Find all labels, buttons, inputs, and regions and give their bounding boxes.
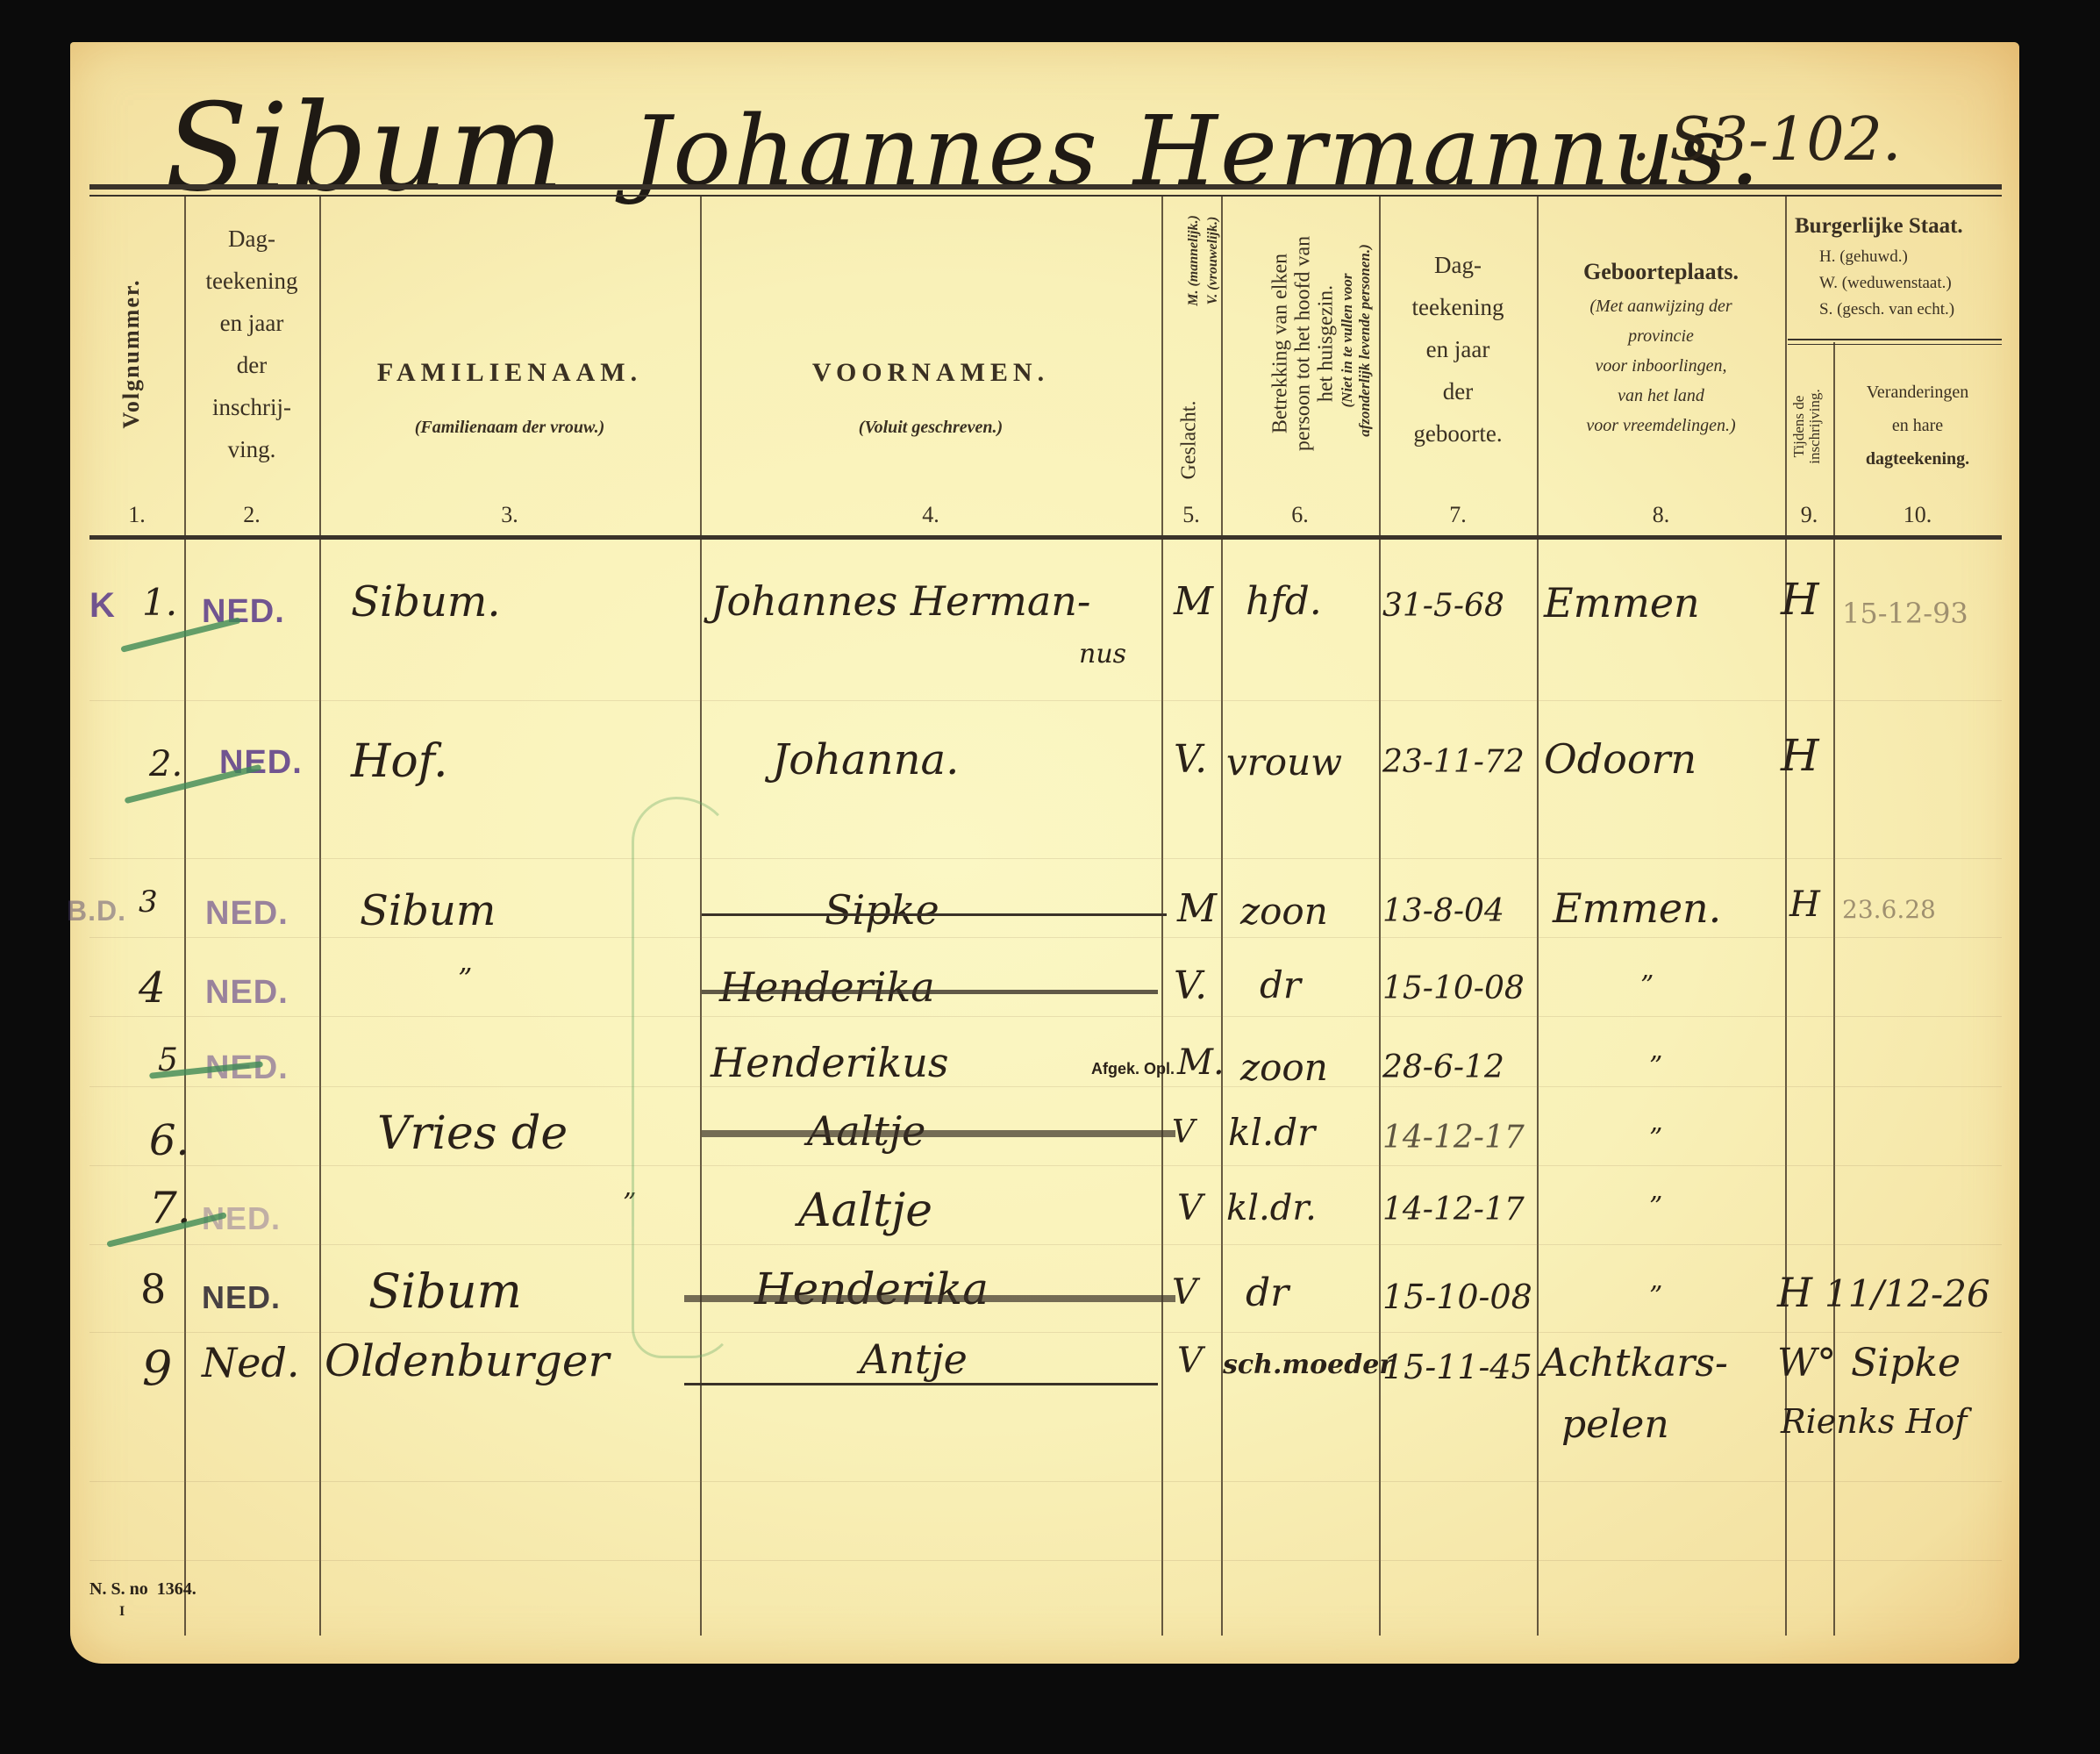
header-veranderingen: Veranderingen en hare dagteekening.	[1833, 376, 2002, 476]
row-1-geboortedatum: 31-5-68	[1382, 588, 1504, 624]
row-2-green-strike	[125, 764, 262, 804]
col-divider-5	[1221, 197, 1223, 1636]
card-reference-number: . S3-102.	[1632, 105, 1901, 175]
row-8-staat: H	[1777, 1269, 1812, 1316]
row-5-geboorteplaats: ”	[1649, 1051, 1662, 1082]
row-3-veranderingen: 23.6.28	[1842, 895, 1936, 924]
title-rule	[89, 184, 2002, 190]
header-num-2: 2.	[184, 502, 319, 528]
title-rule-thin	[89, 195, 2002, 197]
header-num-5: 5.	[1161, 502, 1221, 528]
row-3-betrekking: zoon	[1240, 890, 1328, 933]
row-9-nr: 9	[142, 1341, 172, 1396]
row-4-voornamen: Henderika	[719, 963, 935, 1011]
row-2-geboortedatum: 23-11-72	[1382, 744, 1525, 780]
row-3-voornamen: Sipke	[825, 886, 939, 934]
row-6-geslacht: V	[1172, 1114, 1195, 1150]
row-8-geboortedatum: 15-10-08	[1382, 1278, 1532, 1316]
header-volgnummer: Volgnummer.	[118, 257, 145, 450]
row-guide	[89, 1332, 2002, 1333]
row-8-familienaam: Sibum	[368, 1264, 522, 1319]
header-familienaam: FAMILIENAAM. (Familienaam der vrouw.)	[319, 358, 700, 438]
row-8-stamp: NED.	[202, 1279, 281, 1316]
row-guide	[89, 937, 2002, 938]
form-sub: I	[119, 1604, 125, 1620]
row-1-voornamen-cont: nus	[1079, 639, 1126, 669]
row-5-geboortedatum: 28-6-12	[1382, 1049, 1504, 1085]
header-num-9: 9.	[1785, 502, 1833, 528]
header-geslacht-m: M. (mannelijk.)	[1186, 195, 1202, 326]
row-4-geslacht: V.	[1174, 963, 1207, 1008]
row-6-geboortedatum: 14-12-17	[1382, 1120, 1525, 1156]
header-voornamen: VOORNAMEN. (Voluit geschreven.)	[700, 358, 1161, 438]
row-5-geslacht: M.	[1177, 1042, 1225, 1083]
row-2-geslacht: V.	[1174, 737, 1207, 782]
row-7-geboortedatum: 14-12-17	[1382, 1192, 1525, 1228]
row-9-geslacht: V	[1177, 1341, 1203, 1381]
row-1-nr: 1.	[142, 581, 177, 624]
row-3-geboorteplaats: Emmen.	[1553, 884, 1721, 932]
row-2-voornamen: Johanna.	[772, 735, 959, 784]
row-1-betrekking: hfd.	[1246, 579, 1322, 624]
header-num-8: 8.	[1537, 502, 1785, 528]
row-3-familienaam: Sibum	[360, 886, 496, 935]
row-9-veranderingen-cont: Rienks Hof	[1781, 1402, 1967, 1441]
row-3-prefix: B.D.	[67, 895, 126, 927]
row-2-familienaam: Hof.	[351, 735, 448, 788]
row-guide	[89, 1560, 2002, 1561]
row-6-nr: 6.	[149, 1116, 189, 1165]
row-5-voornamen: Henderikus	[711, 1039, 948, 1086]
row-guide	[89, 1165, 2002, 1166]
row-9-voornamen: Antje	[860, 1335, 968, 1383]
header-num-6: 6.	[1221, 502, 1379, 528]
row-9-strike	[684, 1383, 1158, 1385]
row-1-voornamen: Johannes Herman-	[711, 577, 1090, 625]
row-4-familienaam: ”	[458, 962, 472, 995]
row-9-geboorteplaats-cont: pelen	[1561, 1402, 1669, 1447]
row-3-nr: 3	[139, 884, 158, 920]
row-3-geslacht: M	[1177, 886, 1217, 931]
row-9-betrekking: sch.moeder	[1223, 1350, 1393, 1380]
form-number: N. S. no 1364.	[89, 1579, 196, 1600]
card-title-given-names: Johannes Hermannus.	[632, 95, 1762, 207]
row-6-strike	[702, 1130, 1175, 1137]
row-7-voornamen: Aaltje	[798, 1185, 932, 1237]
row-4-geboorteplaats: ”	[1640, 970, 1654, 1001]
staat-divider	[1788, 339, 2002, 340]
row-1-green-strike	[120, 617, 241, 653]
row-3-staat: H	[1789, 884, 1820, 925]
row-guide	[89, 1086, 2002, 1087]
row-2-betrekking: vrouw	[1226, 741, 1342, 784]
row-6-betrekking: kl.dr	[1228, 1111, 1315, 1154]
header-num-10: 10.	[1833, 502, 2002, 528]
header-tijdens-inschrijving: Tijdens de inschrijving.	[1791, 356, 1823, 497]
row-1-geboorteplaats: Emmen	[1544, 579, 1700, 626]
row-4-geboortedatum: 15-10-08	[1382, 970, 1525, 1006]
row-9-veranderingen: Sipke	[1851, 1341, 1961, 1385]
header-betrekking-note-2: afzonderlijk levende personen.)	[1356, 191, 1374, 490]
row-1-prefix: K	[89, 586, 116, 626]
row-6-geboorteplaats: ”	[1649, 1123, 1662, 1154]
row-guide	[89, 1016, 2002, 1017]
row-8-voornamen: Henderika	[754, 1264, 989, 1314]
row-9-staat: W°	[1777, 1341, 1836, 1385]
row-2-staat: H	[1781, 730, 1819, 781]
row-4-betrekking: dr	[1260, 963, 1301, 1006]
row-8-strike	[684, 1295, 1175, 1302]
header-rule	[89, 535, 2002, 540]
row-guide	[89, 858, 2002, 859]
row-1-staat: H	[1781, 574, 1819, 625]
row-4-nr: 4	[139, 963, 166, 1013]
header-burgerlijke-staat: Burgerlijke Staat. H. (gehuwd.) W. (wedu…	[1788, 209, 2002, 323]
registration-card: Sibum Johannes Hermannus. . S3-102. Volg…	[70, 42, 2019, 1664]
row-3-geboortedatum: 13-8-04	[1382, 893, 1504, 929]
row-guide	[89, 1244, 2002, 1245]
row-8-geslacht: V	[1172, 1272, 1197, 1313]
row-3-strike	[702, 913, 1167, 916]
row-1-veranderingen: 15-12-93	[1842, 597, 1968, 630]
col-divider-4	[1161, 197, 1163, 1636]
row-2-geboorteplaats: Odoorn	[1544, 735, 1696, 783]
header-betrekking-2: persoon tot het hoofd van	[1292, 195, 1316, 493]
green-pencil-mark	[632, 797, 737, 1358]
row-9-stamp: Ned.	[202, 1339, 300, 1386]
row-7-geboorteplaats: ”	[1649, 1192, 1662, 1222]
row-8-betrekking: dr	[1246, 1271, 1289, 1315]
header-geslacht-v: V. (vrouwelijk.)	[1205, 195, 1221, 326]
header-num-1: 1.	[89, 502, 184, 528]
row-1-geslacht: M	[1174, 579, 1213, 624]
row-5-annotation: Afgek. Opl.	[1091, 1060, 1175, 1078]
row-8-veranderingen: 11/12-26	[1825, 1272, 1990, 1315]
row-4-strike	[702, 990, 1158, 994]
row-9-familienaam: Oldenburger	[325, 1335, 609, 1386]
header-betrekking-3: het huisgezin.	[1315, 195, 1339, 493]
row-2-nr: 2.	[149, 744, 182, 784]
header-num-7: 7.	[1379, 502, 1537, 528]
header-geslacht: Geslacht.	[1178, 388, 1202, 493]
header-betrekking-note-1: (Niet in te vullen voor	[1339, 191, 1356, 490]
header-dagteekening-inschrijving: Dag- teekening en jaar der inschrij- vin…	[184, 218, 319, 470]
row-4-stamp: NED.	[205, 974, 289, 1012]
card-title-surname: Sibum	[165, 77, 566, 218]
row-guide	[89, 1481, 2002, 1482]
row-9-geboorteplaats: Achtkars-	[1540, 1341, 1728, 1385]
header-num-3: 3.	[319, 502, 700, 528]
staat-divider-2	[1788, 344, 2002, 345]
row-8-nr: 8	[140, 1265, 166, 1313]
header-num-4: 4.	[700, 502, 1161, 528]
row-6-familienaam: Vries de	[377, 1107, 568, 1160]
row-5-betrekking: zoon	[1240, 1046, 1328, 1089]
row-9-geboortedatum: 15-11-45	[1382, 1348, 1532, 1386]
row-8-geboorteplaats: ”	[1649, 1281, 1662, 1312]
row-7-geslacht: V	[1177, 1188, 1203, 1228]
row-7-betrekking: kl.dr.	[1226, 1188, 1317, 1228]
header-geboorteplaats: Geboorteplaats. (Met aanwijzing der prov…	[1537, 253, 1785, 440]
row-1-familienaam: Sibum.	[351, 577, 501, 626]
header-dagteekening-geboorte: Dag- teekening en jaar der geboorte.	[1379, 244, 1537, 455]
header-betrekking-1: Betrekking van elken	[1269, 195, 1293, 493]
row-guide	[89, 700, 2002, 701]
row-3-stamp: NED.	[205, 895, 289, 933]
